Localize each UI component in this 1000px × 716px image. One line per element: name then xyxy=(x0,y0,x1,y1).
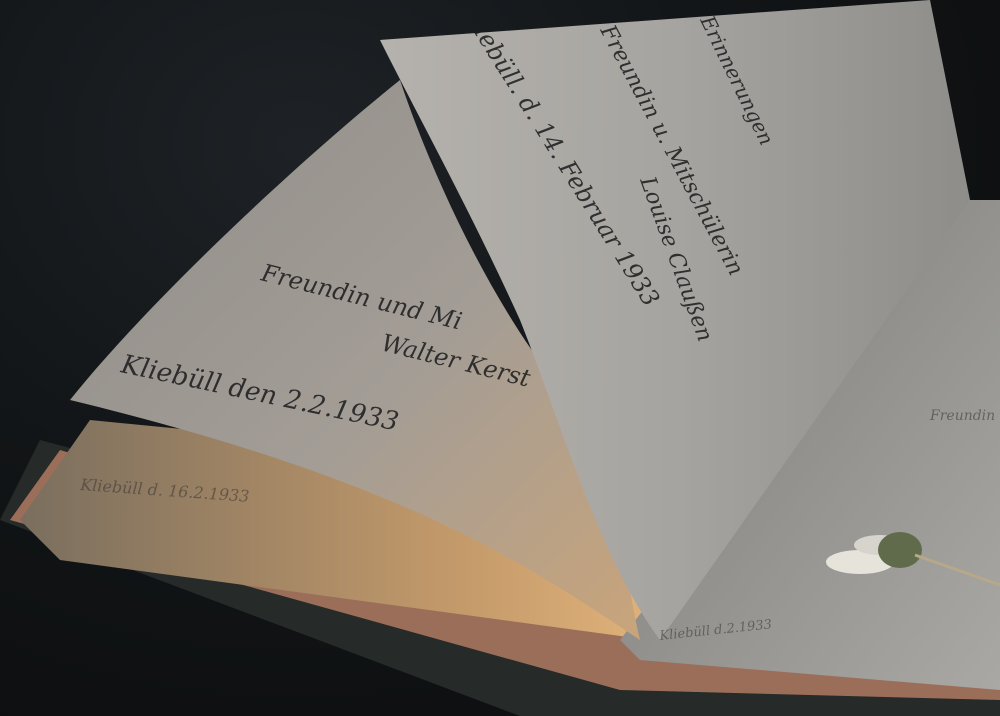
book-illustration: Kliebüll den 2.2.1933 Freundin und Mi Wa… xyxy=(0,0,1000,716)
svg-text:Freundin: Freundin xyxy=(929,408,995,424)
photo-scene: Kliebüll den 2.2.1933 Freundin und Mi Wa… xyxy=(0,0,1000,716)
